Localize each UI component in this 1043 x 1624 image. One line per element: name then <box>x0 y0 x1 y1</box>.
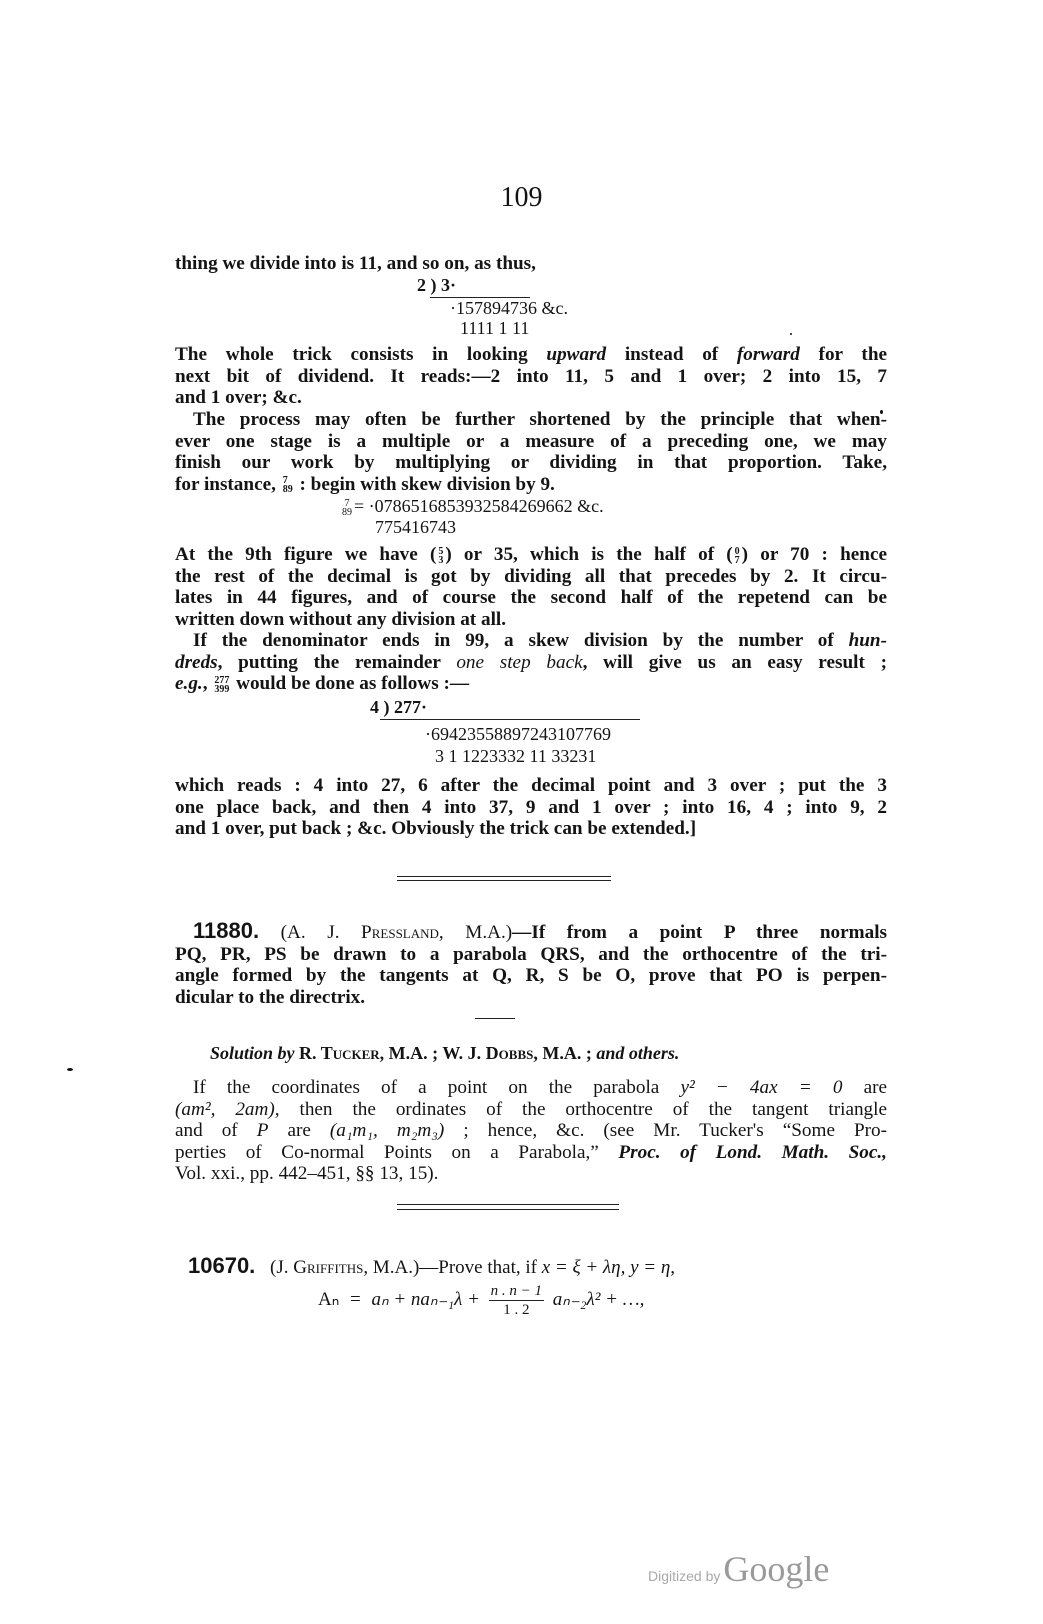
page-number: 109 <box>0 182 1043 214</box>
problem-10670: 10670. (J. Griffiths, M.A.)—Prove that, … <box>188 1253 675 1279</box>
problem-number: 10670. <box>188 1253 255 1278</box>
fraction-7-89: 789 <box>342 499 352 517</box>
division3-bar <box>380 719 640 720</box>
solution-header: Solution by R. Tucker, M.A. ; W. J. Dobb… <box>210 1043 679 1064</box>
formula-fraction: n . n − 1 1 . 2 <box>489 1282 544 1319</box>
section-divider-2-bottom <box>397 1209 619 1210</box>
section-divider-2-top <box>397 1204 619 1205</box>
short-divider <box>475 1018 515 1019</box>
scan-speck <box>880 410 883 414</box>
paragraph-denominator-99: If the denominator ends in 99, a skew di… <box>175 630 887 695</box>
problem-number: 11880. <box>175 918 259 943</box>
google-watermark: Digitized byGoogle <box>648 1548 829 1590</box>
fraction-7-89: 789 <box>283 476 293 494</box>
google-logo: Google <box>723 1549 829 1589</box>
paragraph-whole-trick: The whole trick consists in looking upwa… <box>175 344 887 409</box>
paragraph-which-reads: which reads : 4 into 27, 6 after the dec… <box>175 775 887 840</box>
problem-author: (A. J. Pressland, M.A.) <box>281 922 513 943</box>
formula-An: Aₙ = aₙ + naₙ₋₁λ + n . n − 1 1 . 2 aₙ₋₂λ… <box>318 1282 644 1319</box>
division1-carries: 1111 1 11 <box>460 318 529 339</box>
division2-carries: 775416743 <box>375 517 456 538</box>
division1-divisor-dividend: 2 ) 3· <box>417 275 456 296</box>
division1-quotient: ·157894736 &c. <box>450 298 568 319</box>
section-divider-bottom <box>397 880 611 881</box>
section-divider-top <box>397 876 611 877</box>
scan-speck <box>790 333 792 335</box>
solution-body: If the coordinates of a point on the par… <box>175 1077 887 1185</box>
problem-11880: 11880. (A. J. Pressland, M.A.)—If from a… <box>175 920 887 1008</box>
problem-author: (J. Griffiths, M.A.) <box>270 1257 419 1278</box>
division3-quotient: ·69423558897243107769 <box>425 724 611 745</box>
paragraph-ninth-figure: At the 9th figure we have (53) or 35, wh… <box>175 544 887 630</box>
division3-carries: 3 1 1223332 11 33231 <box>435 746 596 767</box>
scan-speck <box>67 1068 73 1071</box>
division2-line: 789= ·0786516853932584269662 &c. <box>340 496 604 517</box>
scanned-page: 109 thing we divide into is 11, and so o… <box>0 0 1043 1624</box>
division3-divisor-dividend: 4 ) 277· <box>370 697 427 718</box>
paragraph-process-shortened: The process may often be further shorten… <box>175 409 887 495</box>
intro-line: thing we divide into is 11, and so on, a… <box>175 253 887 275</box>
